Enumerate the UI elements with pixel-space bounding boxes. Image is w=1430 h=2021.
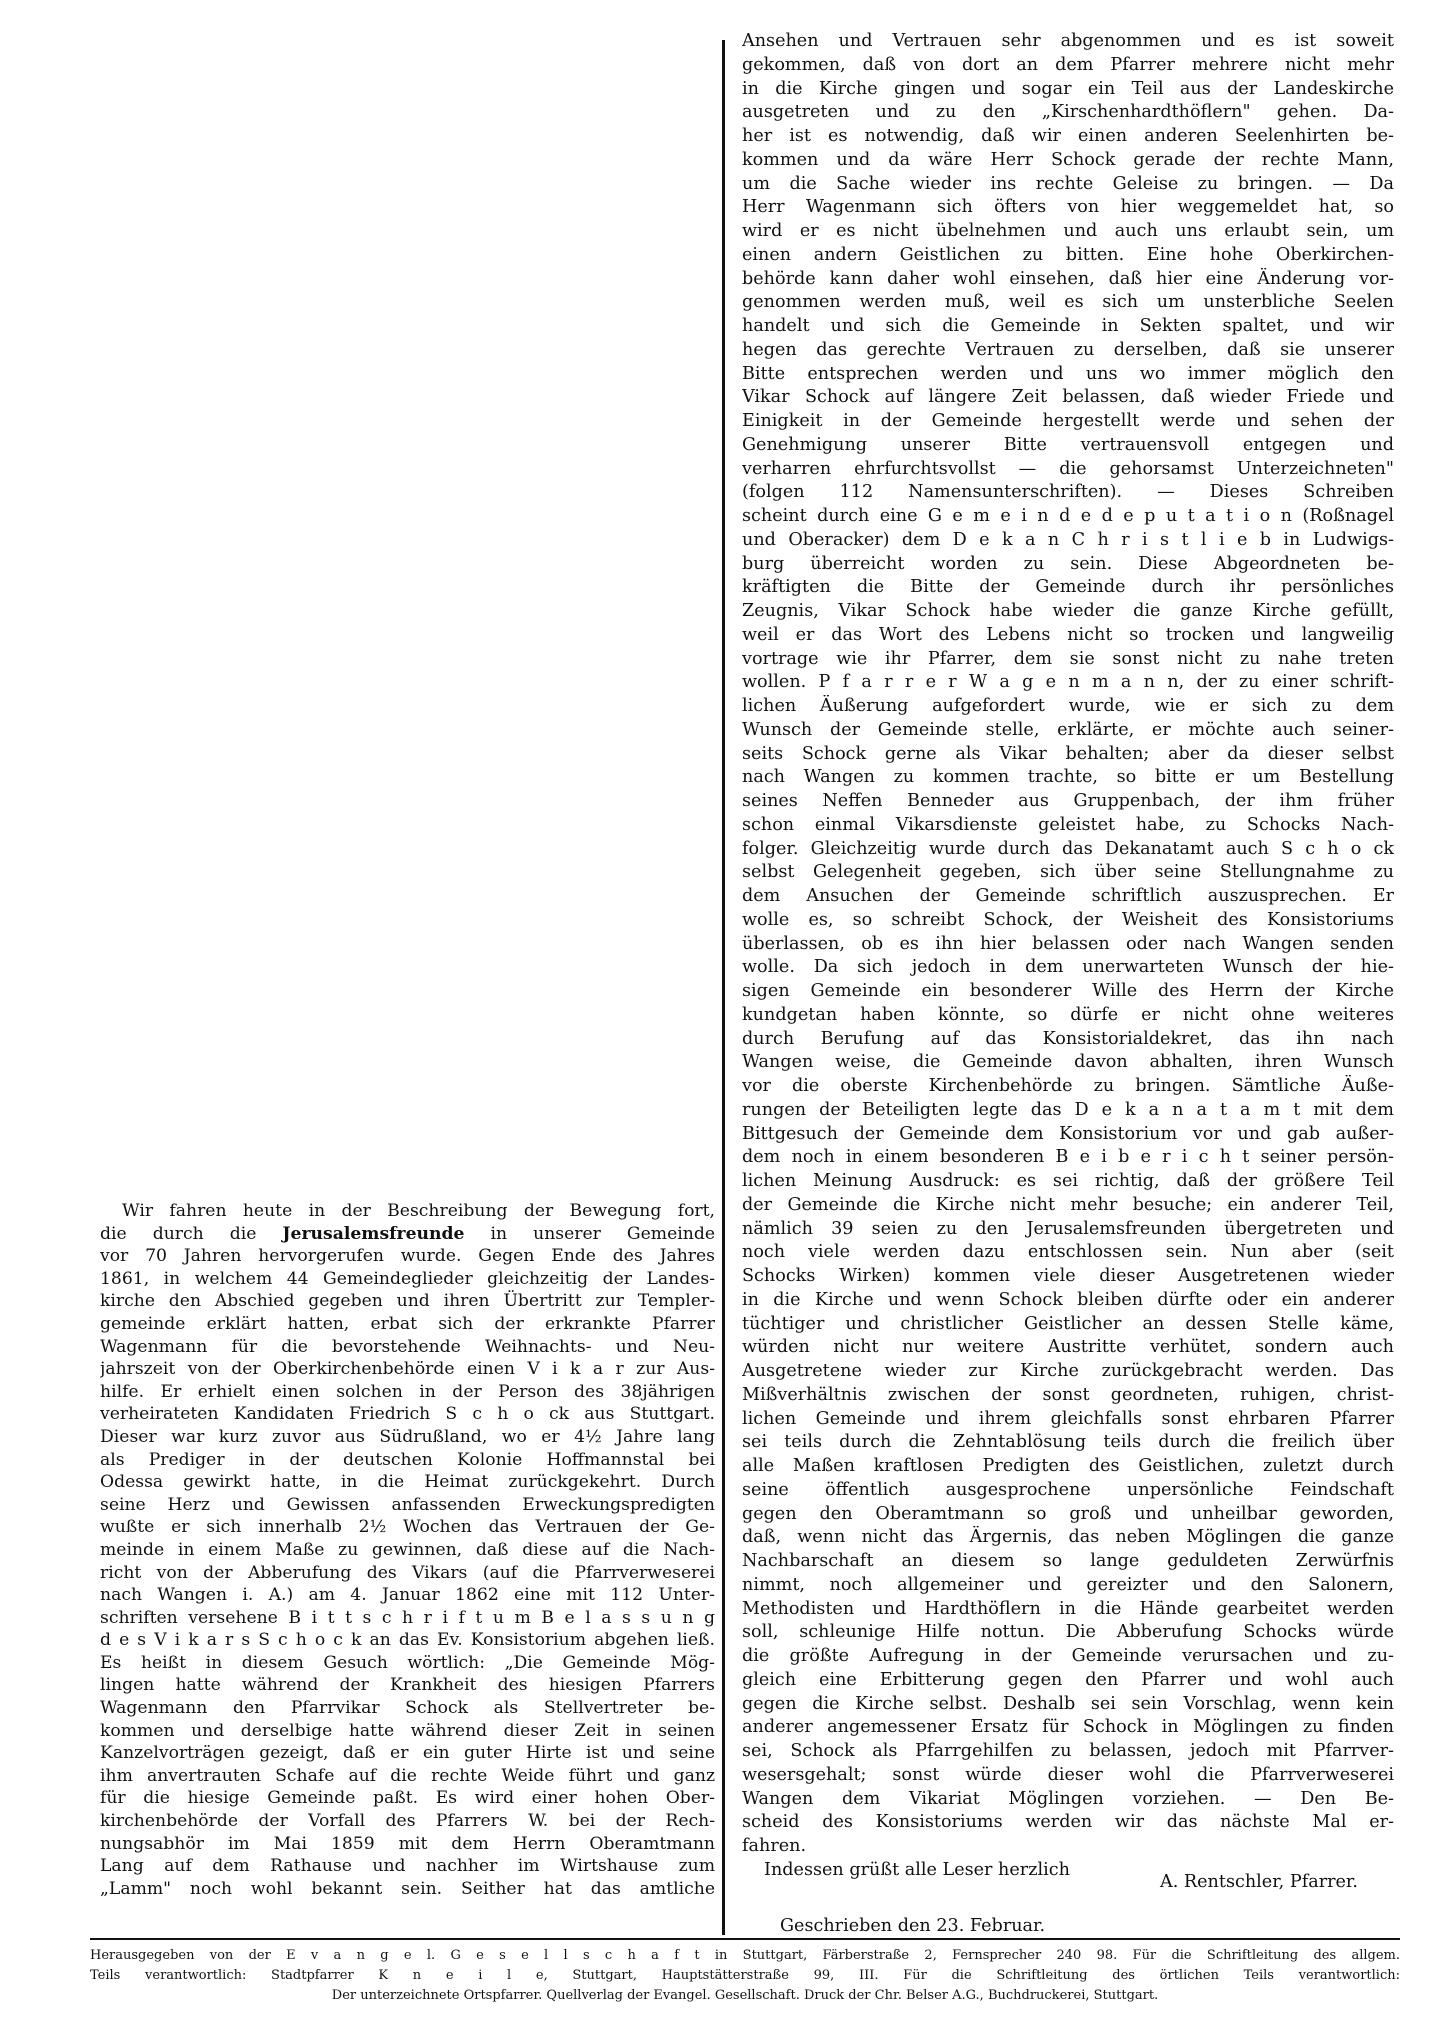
text-line: seits Schock gerne als Vikar behalten; a… [742, 743, 1394, 767]
text-line: Methodisten und Hardthöflern in die Händ… [742, 1598, 1394, 1622]
text-line: sigen Gemeinde ein besonderer Wille des … [742, 980, 1394, 1004]
text-line: „Lamm" noch wohl bekannt sein. Seither h… [100, 1878, 715, 1901]
text-line: seine Herz und Gewissen anfassenden Erwe… [100, 1494, 715, 1517]
text-line: tüchtiger und christlicher Geistlicher a… [742, 1313, 1394, 1337]
text-line: Nachbarschaft an diesem so lange gedulde… [742, 1550, 1394, 1574]
text-line: gegen die Kirche selbst. Deshalb sei sei… [742, 1693, 1394, 1717]
text-line: seines Neffen Benneder aus Gruppenbach, … [742, 790, 1394, 814]
imprint-line-2: Teils verantwortlich: Stadtpfarrer K n e… [90, 1966, 1400, 1986]
text-line: gegen den Oberamtmann so groß und unheil… [742, 1503, 1394, 1527]
text-line: selbst Gelegenheit gegeben, sich über se… [742, 861, 1394, 885]
text-line: nach Wangen i. A.) am 4. Januar 1862 ein… [100, 1584, 715, 1607]
text-line: scheint durch eine G e m e i n d e d e p… [742, 505, 1394, 529]
imprint-footer: Herausgegeben von der E v a n g e l. G e… [90, 1946, 1400, 2006]
text-line: wolle es, so schreibt Schock, der Weishe… [742, 909, 1394, 933]
text-line: Vikar Schock auf längere Zeit belassen, … [742, 386, 1394, 410]
text-line: in die Kirche und wenn Schock bleiben dü… [742, 1289, 1394, 1313]
text-line: Mißverhältnis zwischen der sonst geordne… [742, 1384, 1394, 1408]
text-line: der Gemeinde die Kirche nicht mehr besuc… [742, 1194, 1394, 1218]
dateline: Geschrieben den 23. Februar. [780, 1916, 1045, 1936]
text-line: lingen hatte während der Krankheit des h… [100, 1674, 715, 1697]
column-divider [722, 40, 725, 1935]
text-line: burg überreicht worden zu sein. Diese Ab… [742, 553, 1394, 577]
text-line: Ausgetretene wieder zur Kirche zurückgeb… [742, 1360, 1394, 1384]
text-line: nimmt, noch allgemeiner und gereizter un… [742, 1574, 1394, 1598]
text-line: fahren. [742, 1835, 1394, 1859]
text-line: Bitte entsprechen werden und uns wo imme… [742, 363, 1394, 387]
text-line: gemeinde erklärt hatten, erbat sich der … [100, 1313, 715, 1336]
text-line: 1861, in welchem 44 Gemeindeglieder glei… [100, 1268, 715, 1291]
text-line: hilfe. Er erhielt einen solchen in der P… [100, 1381, 715, 1404]
text-line: gekommen, daß von dort an dem Pfarrer me… [742, 54, 1394, 78]
text-line: scheid des Konsistoriums werden wir das … [742, 1811, 1394, 1835]
text-line: Genehmigung unserer Bitte vertrauensvoll… [742, 434, 1394, 458]
text-line: schriften versehene B i t t s c h r i f … [100, 1607, 715, 1630]
text-line: schon einmal Vikarsdienste geleistet hab… [742, 814, 1394, 838]
text-line: richt von der Abberufung des Vikars (auf… [100, 1562, 715, 1585]
text-line: Wunsch der Gemeinde stelle, erklärte, er… [742, 719, 1394, 743]
text-line: lichen Gemeinde und ihrem gleichfalls so… [742, 1408, 1394, 1432]
text-line: behörde kann daher wohl einsehen, daß hi… [742, 268, 1394, 292]
keyword-jerusalemsfreunde: Jerusalemsfreunde [282, 1224, 464, 1244]
text-line: soll, schleunige Hilfe nottun. Die Abber… [742, 1621, 1394, 1645]
text-line: kirchenbehörde der Vorfall des Pfarrers … [100, 1810, 715, 1833]
text-line: kundgetan haben könnte, so dürfe er nich… [742, 1004, 1394, 1028]
text-line: wollen. P f a r r e r W a g e n m a n n,… [742, 671, 1394, 695]
article-right-column: Ansehen und Vertrauen sehr abgenommen un… [742, 30, 1394, 1883]
text-line: dem noch in einem besonderen B e i b e r… [742, 1146, 1394, 1170]
text-line: Einigkeit in der Gemeinde hergestellt we… [742, 410, 1394, 434]
text-line: in die Kirche gingen und sogar ein Teil … [742, 78, 1394, 102]
text-line: sei, Schock als Pfarrgehilfen zu belasse… [742, 1740, 1394, 1764]
text-line: nach Wangen zu kommen trachte, so bitte … [742, 766, 1394, 790]
text-line: Wir fahren heute in der Beschreibung der… [100, 1200, 715, 1223]
text-line: anderer angemessener Ersatz für Schock i… [742, 1716, 1394, 1740]
text-line: noch viele werden dazu entschlossen sein… [742, 1241, 1394, 1265]
text-line: wird er es nicht übelnehmen und auch uns… [742, 220, 1394, 244]
text-line: alle Maßen kraftlosen Predigten des Geis… [742, 1455, 1394, 1479]
text-line: kräftigten die Bitte der Gemeinde durch … [742, 576, 1394, 600]
text-line: überlassen, ob es ihn hier belassen oder… [742, 933, 1394, 957]
text-line: gleich eine Erbitterung gegen den Pfarre… [742, 1669, 1394, 1693]
text-line: Zeugnis, Vikar Schock habe wieder die ga… [742, 600, 1394, 624]
text-line: lichen Meinung Ausdruck: es sei richtig,… [742, 1170, 1394, 1194]
text-line: handelt und sich die Gemeinde in Sekten … [742, 315, 1394, 339]
footer-rule [90, 1938, 1400, 1940]
article-left-column: Wir fahren heute in der Beschreibung der… [100, 1200, 715, 1900]
text-line: Wagenmann den Pfarrvikar Schock als Stel… [100, 1697, 715, 1720]
text-line: wolle. Da sich jedoch in dem unerwartete… [742, 956, 1394, 980]
text-line: seine öffentlich ausgesprochene unpersön… [742, 1479, 1394, 1503]
text-line: Dieser war kurz zuvor aus Südrußland, wo… [100, 1426, 715, 1449]
text-line: kirche den Abschied gegeben und ihren Üb… [100, 1290, 715, 1313]
text-line: hegen das gerechte Vertrauen zu derselbe… [742, 339, 1394, 363]
text-line: verharren ehrfurchtsvollst — die gehorsa… [742, 458, 1394, 482]
text-line: wesersgehalt; sonst würde dieser wohl di… [742, 1764, 1394, 1788]
text-line: verheirateten Kandidaten Friedrich S c h… [100, 1403, 715, 1426]
text-line: die durch die Jerusalemsfreunde in unser… [100, 1223, 715, 1246]
text-line: weil er das Wort des Lebens nicht so tro… [742, 624, 1394, 648]
text-line: daß, wenn nicht das Ärgernis, das neben … [742, 1526, 1394, 1550]
imprint-line-1: Herausgegeben von der E v a n g e l. G e… [90, 1946, 1400, 1966]
text-line: dem Ansuchen der Gemeinde schriftlich au… [742, 885, 1394, 909]
text-line: sei teils durch die Zehntablösung teils … [742, 1431, 1394, 1455]
text-line: folger. Gleichzeitig wurde durch das Dek… [742, 838, 1394, 862]
text-line: für die hiesige Gemeinde paßt. Es wird e… [100, 1787, 715, 1810]
text-line: Lang auf dem Rathause und nachher im Wir… [100, 1855, 715, 1878]
text-line: würden nicht nur weitere Austritte verhü… [742, 1336, 1394, 1360]
text-line: vortrage wie ihr Pfarrer, dem sie sonst … [742, 648, 1394, 672]
text-line: Wangen dem Vikariat Möglingen vorziehen.… [742, 1788, 1394, 1812]
text-line: um die Sache wieder ins rechte Geleise z… [742, 173, 1394, 197]
text-line: Schocks Wirken) kommen viele dieser Ausg… [742, 1265, 1394, 1289]
text-line: die größte Aufregung in der Gemeinde ver… [742, 1645, 1394, 1669]
text-line: nungsabhör im Mai 1859 mit dem Herrn Obe… [100, 1833, 715, 1856]
text-line: kommen und derselbige hatte während dies… [100, 1720, 715, 1743]
text-line: vor die oberste Kirchenbehörde zu bringe… [742, 1075, 1394, 1099]
imprint-line-3: Der unterzeichnete Ortspfarrer. Quellver… [90, 1986, 1400, 2006]
text-line: rungen der Beteiligten legte das D e k a… [742, 1099, 1394, 1123]
text-line: durch Berufung auf das Konsistorialdekre… [742, 1028, 1394, 1052]
text-line: Es heißt in diesem Gesuch wörtlich: „Die… [100, 1652, 715, 1675]
text-line: ausgetreten und zu den „Kirschenhardthöf… [742, 101, 1394, 125]
text-line: wußte er sich innerhalb 2½ Wochen das Ve… [100, 1516, 715, 1539]
text-line: Wangen weise, die Gemeinde davon abhalte… [742, 1051, 1394, 1075]
text-line: als Prediger in der deutschen Kolonie Ho… [100, 1449, 715, 1472]
text-line: kommen und da wäre Herr Schock gerade de… [742, 149, 1394, 173]
text-line: d e s V i k a r s S c h o c k an das Ev.… [100, 1629, 715, 1652]
text-line: Odessa gewirkt hatte, in die Heimat zurü… [100, 1471, 715, 1494]
text-line: und Oberacker) dem D e k a n C h r i s t… [742, 529, 1394, 553]
text-line: einen andern Geistlichen zu bitten. Eine… [742, 244, 1394, 268]
text-line: Wagenmann für die bevorstehende Weihnach… [100, 1336, 715, 1359]
text-line: her ist es notwendig, daß wir einen ande… [742, 125, 1394, 149]
text-line: ihm anvertrauten Schafe auf die rechte W… [100, 1765, 715, 1788]
text-line: vor 70 Jahren hervorgerufen wurde. Gegen… [100, 1245, 715, 1268]
text-line: lichen Äußerung aufgefordert wurde, wie … [742, 695, 1394, 719]
text-line: Herr Wagenmann sich öfters von hier wegg… [742, 196, 1394, 220]
text-line: (folgen 112 Namensunterschriften). — Die… [742, 481, 1394, 505]
text-line: genommen werden muß, weil es sich um uns… [742, 291, 1394, 315]
text-line: Kanzelvorträgen gezeigt, daß er ein gute… [100, 1742, 715, 1765]
text-line: nämlich 39 seien zu den Jerusalemsfreund… [742, 1218, 1394, 1242]
signature: A. Rentschler, Pfarrer. [1160, 1872, 1358, 1892]
text-line: jahrszeit von der Oberkirchenbehörde ein… [100, 1358, 715, 1381]
text-line: Bittgesuch der Gemeinde dem Konsistorium… [742, 1123, 1394, 1147]
text-line: Ansehen und Vertrauen sehr abgenommen un… [742, 30, 1394, 54]
text-line: meinde in einem Maße zu gewinnen, daß di… [100, 1539, 715, 1562]
